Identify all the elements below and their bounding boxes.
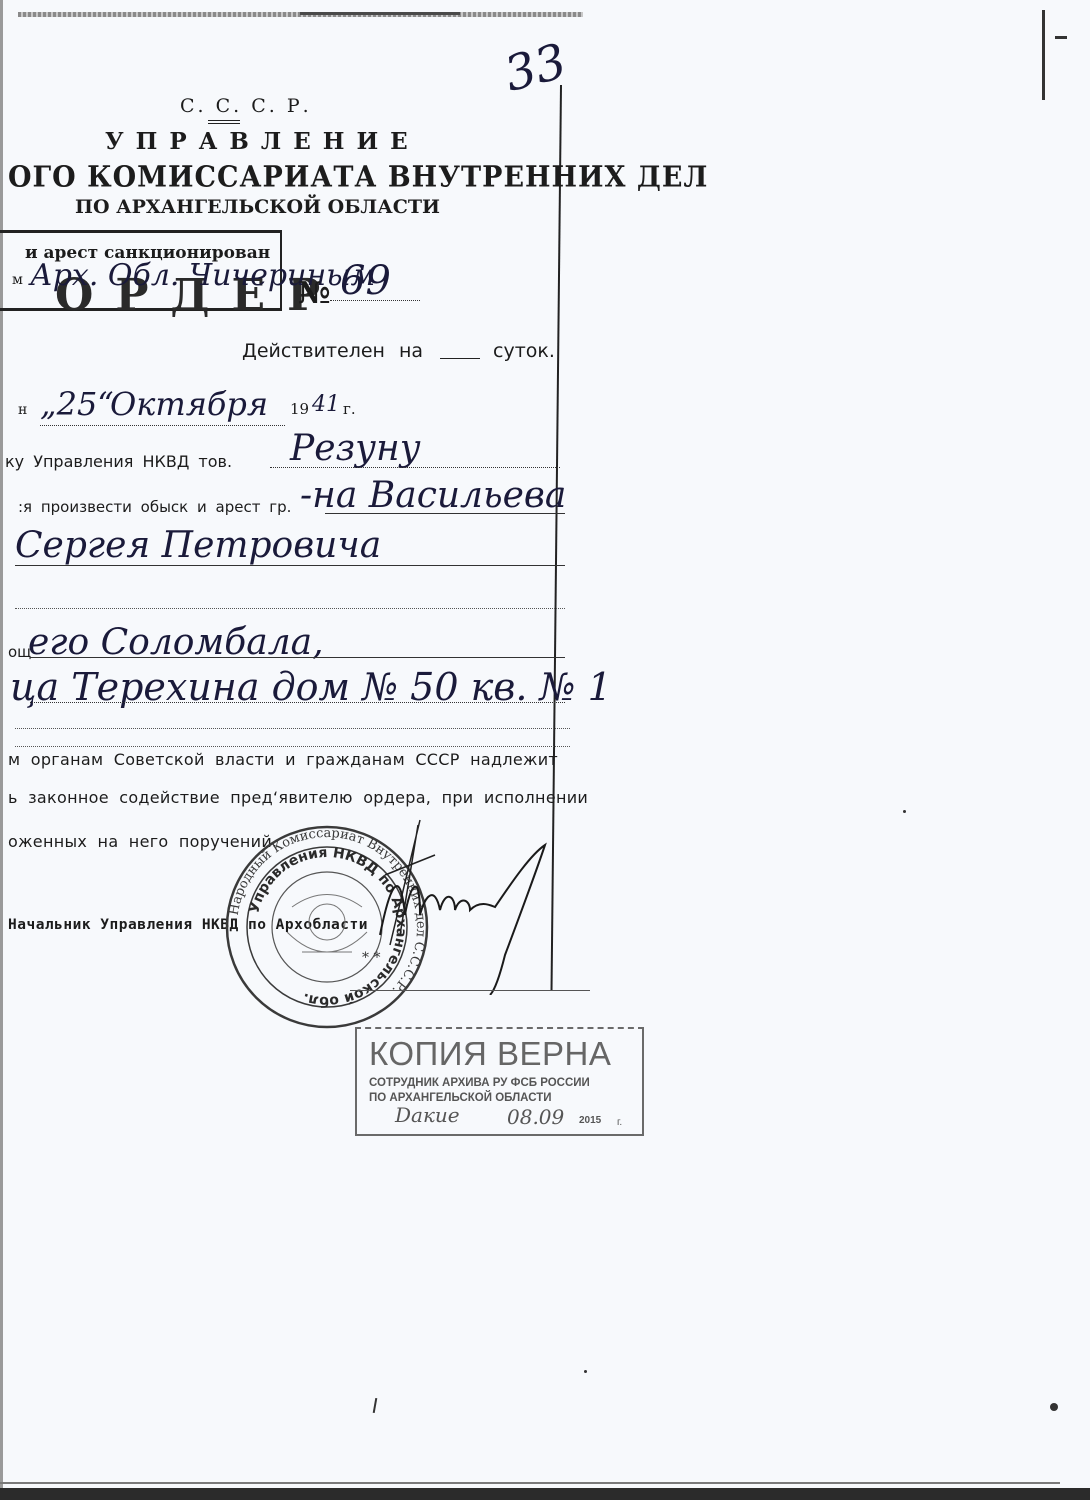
scan-bottom-line xyxy=(0,1482,1060,1484)
agency-title: УПРАВЛЕНИЕ xyxy=(105,128,420,155)
scan-top-strip-dark xyxy=(300,12,460,15)
residence-line xyxy=(30,657,565,658)
sanction-prefix: м xyxy=(12,272,23,288)
scan-speck xyxy=(584,1370,587,1373)
scan-right-margin-line xyxy=(1042,10,1045,100)
date-month: Октября xyxy=(110,385,268,423)
date-year-handwritten: 41 xyxy=(312,392,340,417)
address-line xyxy=(30,702,565,703)
body-line-1: м органам Советской власти и гражданам С… xyxy=(8,750,558,769)
copy-stamp-year: 2015 xyxy=(579,1115,601,1126)
copy-stamp-title: КОПИЯ ВЕРНА xyxy=(369,1035,611,1073)
date-suffix: г. xyxy=(343,400,356,418)
copy-stamp-line-1: СОТРУДНИК АРХИВА РУ ФСБ РОССИИ xyxy=(369,1077,590,1089)
copy-stamp-date: 08.09 xyxy=(507,1105,564,1129)
scan-right-mark xyxy=(1055,36,1067,39)
officer-label: ку Управления НКВД тов. xyxy=(5,452,232,471)
handwritten-signature xyxy=(360,815,560,995)
order-number: 69 xyxy=(340,258,391,304)
subject-line xyxy=(15,565,565,566)
copy-verified-stamp: КОПИЯ ВЕРНА СОТРУДНИК АРХИВА РУ ФСБ РОСС… xyxy=(355,1027,644,1136)
validity-label: Действителен на xyxy=(242,340,423,362)
subject-given-names: Сергея Петровича xyxy=(15,525,381,566)
date-line xyxy=(40,425,285,426)
agency-subtitle: ОГО КОМИССАРИАТА ВНУТРЕННИХ ДЕЛ xyxy=(8,161,708,194)
action-label: :я произвести обыск и арест гр. xyxy=(18,498,291,516)
country-header: С. С. С. Р. xyxy=(180,95,312,117)
country-underline xyxy=(208,120,240,124)
subject-surname: -на Васильева xyxy=(300,475,566,516)
date-year-printed: 19 xyxy=(290,400,309,418)
body-line-2: ь законное содействие пред‘явителю ордер… xyxy=(8,788,588,807)
signature-baseline xyxy=(350,990,590,991)
date-prefix: н xyxy=(18,402,27,418)
blank-line-3 xyxy=(15,746,570,747)
officer-line xyxy=(270,467,560,468)
copy-stamp-signature: Dакие xyxy=(395,1103,460,1127)
scan-speck xyxy=(903,810,906,813)
scan-bottom-edge xyxy=(0,1488,1090,1500)
blank-line-1 xyxy=(15,608,565,609)
blank-line-2 xyxy=(15,728,570,729)
scan-left-edge xyxy=(0,0,3,1500)
region-title: ПО АРХАНГЕЛЬСКОЙ ОБЛАСТИ xyxy=(75,196,440,218)
date-day: „25“ xyxy=(40,385,114,423)
action-line xyxy=(325,513,565,514)
scan-speck xyxy=(1050,1403,1058,1411)
validity-unit: суток. xyxy=(493,340,555,362)
scan-mark xyxy=(373,1398,378,1413)
validity-blank xyxy=(440,358,480,359)
order-number-label: № xyxy=(298,276,331,311)
order-number-line xyxy=(330,300,420,301)
copy-stamp-year-suffix: г. xyxy=(617,1117,622,1128)
officer-name: Резуну xyxy=(290,428,421,469)
